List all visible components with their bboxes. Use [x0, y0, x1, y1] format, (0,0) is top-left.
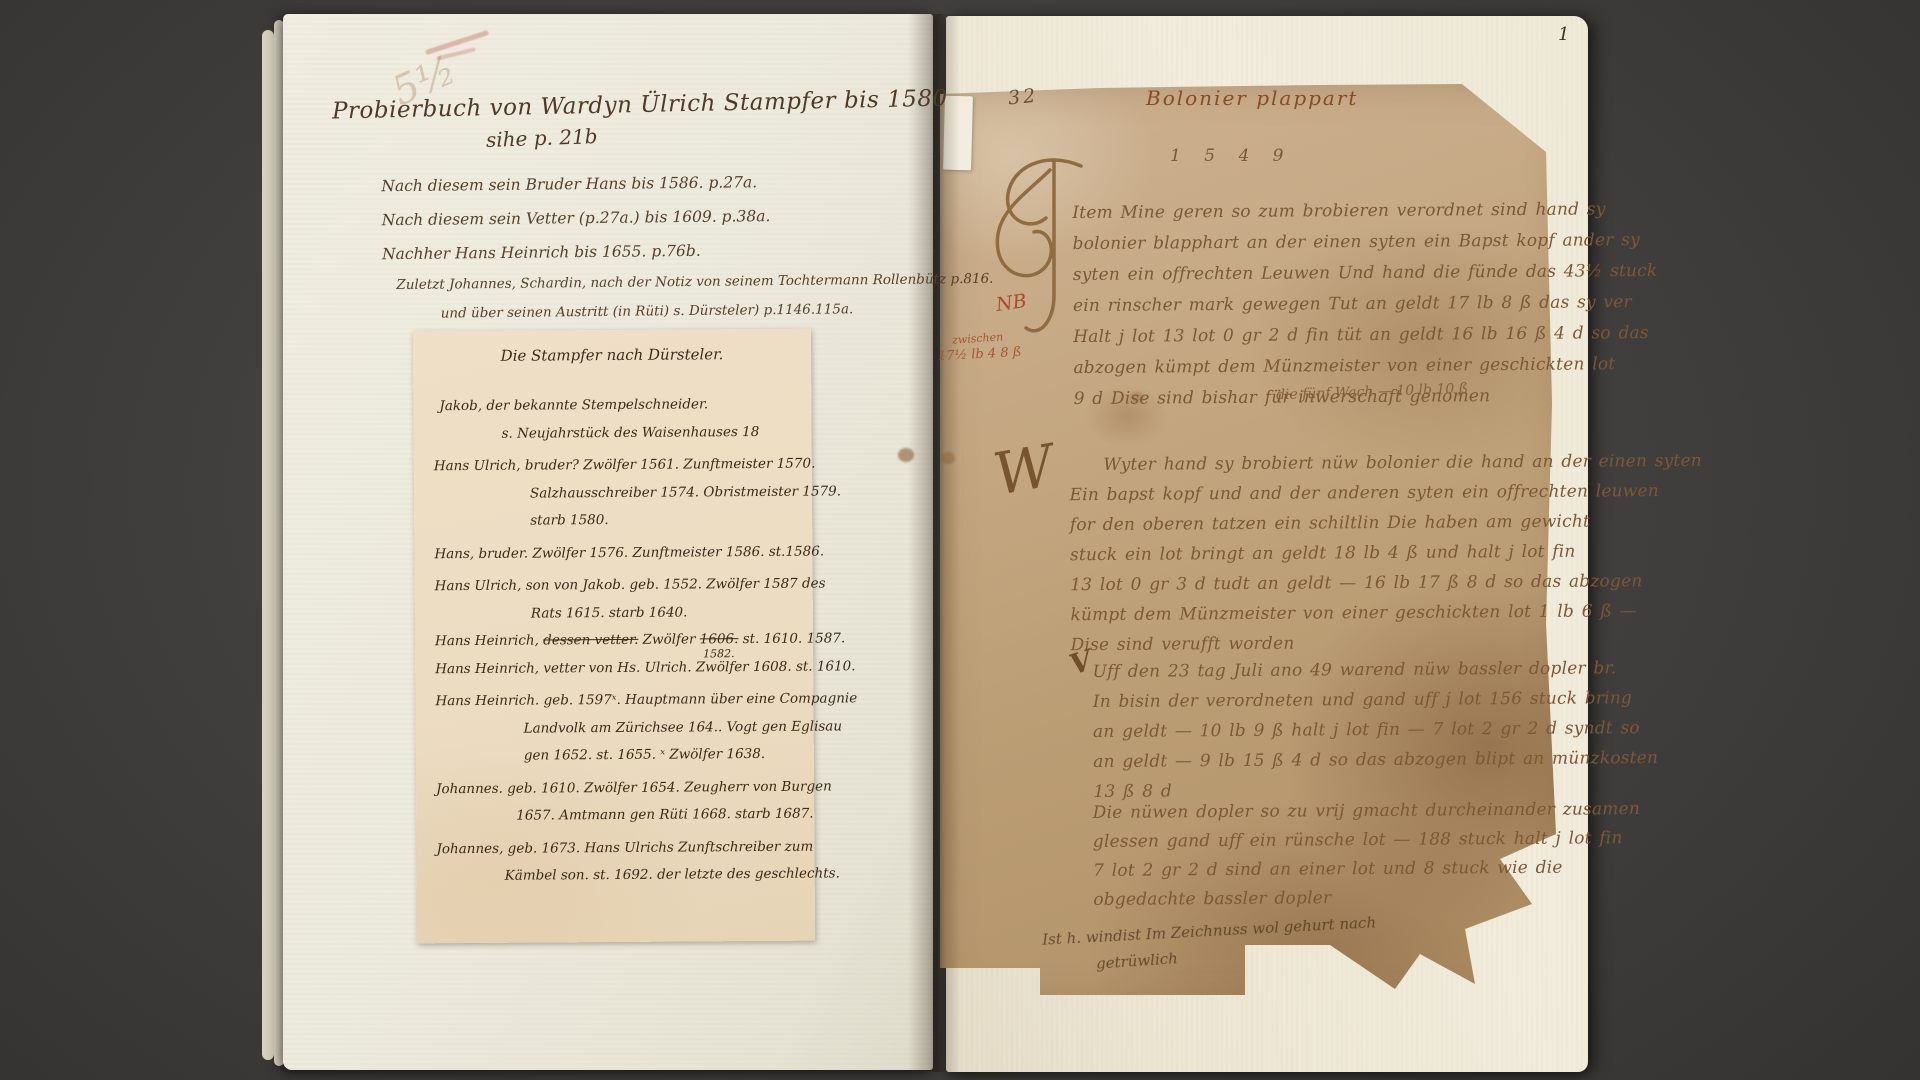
note-line: 1657. Amtmann gen Rüti 1668. starb 1687. [516, 801, 814, 831]
manuscript-line: obgedachte bassler dopler [1093, 882, 1641, 915]
manuscript-line: Wyter hand sy brobiert nüw bolonier die … [1103, 446, 1702, 480]
corner-mark: 32 [1007, 84, 1039, 109]
note-line: Hans Heinrich. geb. 1597ˣ. Hauptmann übe… [435, 686, 813, 716]
manuscript-line: kümpt dem Münzmeister von einer geschick… [1070, 596, 1703, 630]
manuscript-line: syten ein offrechten Leuwen Und hand die… [1073, 256, 1658, 291]
manuscript-line: stuck ein lot bringt an geldt 18 lb 4 ß … [1070, 536, 1703, 570]
manuscript-line: bolonier blapphart an der einen syten ei… [1072, 225, 1657, 260]
ink-stain [898, 448, 914, 462]
note-body: Jakob, der bekannte Stempelschneider. s.… [413, 391, 814, 891]
manuscript-line: glessen gand uff ein rünsche lot — 188 s… [1093, 824, 1641, 857]
margin-note-nb: NB [995, 290, 1028, 316]
date-1549: 1 5 4 9 [1170, 146, 1292, 166]
manuscript-line: 13 lot 0 gr 3 d tudt an geldt — 16 lb 17… [1070, 566, 1703, 600]
note-line: s. Neujahrstück des Waisenhauses 18 [501, 418, 811, 448]
note-text: st. 1610. 1587. [738, 630, 845, 647]
note-text: Zwölfer [638, 631, 700, 647]
manuscript-line: abzogen kümpt dem Münzmeister von einer … [1073, 349, 1658, 384]
struck-text: dessen vetter. [543, 632, 638, 649]
paragraph-1: Item Mine geren so zum brobieren verordn… [1072, 194, 1658, 415]
manuscript-line: Ein bapst kopf und and der anderen syten… [1069, 476, 1702, 510]
note-line: Johannes, geb. 1673. Hans Ulrichs Zunfts… [436, 833, 814, 863]
note-header: Die Stampfer nach Dürsteler. [413, 345, 811, 366]
page-stack-edge [262, 30, 274, 1060]
note-line: Kämbel son. st. 1692. der letzte des ges… [505, 861, 815, 891]
page-number: 1 [1558, 24, 1569, 45]
note-line: gen 1652. st. 1655. ˣ Zwölfer 1638. [524, 741, 814, 771]
manuscript-line: Item Mine geren so zum brobieren verordn… [1072, 194, 1657, 229]
note-line: Rats 1615. starb 1640. [531, 598, 813, 627]
manuscript-line: Die nüwen dopler so zu vrij gmacht durch… [1093, 795, 1641, 828]
manuscript-line: 7 lot 2 gr 2 d sind an einer lot und 8 s… [1093, 853, 1641, 886]
manuscript-title-reference: sihe p. 21b [486, 124, 598, 152]
manuscript-line: an geldt — 10 lb 9 ß halt j lot fin — 7 … [1093, 713, 1658, 747]
manuscript-line: In bisin der verordneten und gand uff j … [1093, 683, 1658, 717]
index-list: Nach diesem sein Bruder Hans bis 1586. p… [381, 163, 994, 329]
note-line: Hans Ulrich, son von Jakob. geb. 1552. Z… [435, 571, 813, 601]
note-line-corrected: Hans Heinrich, dessen vetter. Zwölfer 16… [435, 626, 813, 656]
index-line: und über seinen Austritt (in Rüti) s. Dü… [441, 294, 994, 329]
pasted-note: Die Stampfer nach Dürsteler. Jakob, der … [413, 329, 815, 944]
note-line: Hans Heinrich, vetter von Hs. Ulrich. Zw… [435, 653, 813, 683]
manuscript-line: for den oberen tatzen ein schiltlin Die … [1070, 506, 1703, 540]
note-line: Hans, bruder. Zwölfer 1576. Zunftmeister… [434, 538, 812, 568]
initial-letter-w: W [989, 431, 1060, 508]
superscript-correction: 1582. [703, 647, 735, 660]
paragraph-2: Wyter hand sy brobiert nüw bolonier die … [1069, 446, 1703, 660]
struck-text: 1606. [700, 631, 739, 647]
note-line: Johannes. geb. 1610. Zwölfer 1654. Zeugh… [436, 773, 814, 803]
note-line: Jakob, der bekannte Stempelschneider. [439, 391, 811, 421]
manuscript-scan: 5½ Probierbuch von Wardyn Ülrich Stampfe… [0, 0, 1920, 1080]
paragraph-3: Uff den 23 tag Juli ano 49 warend nüw ba… [1092, 653, 1658, 807]
note-line: starb 1580. [530, 506, 812, 535]
ink-stain [942, 452, 955, 464]
note-line: Salzhausschreiber 1574. Obristmeister 15… [530, 478, 812, 507]
note-text: Hans Heinrich, [435, 632, 543, 649]
manuscript-line: an geldt — 9 lb 15 ß 4 d so das abzogen … [1093, 743, 1658, 777]
paragraph-4: Die nüwen dopler so zu vrij gmacht durch… [1093, 795, 1641, 915]
note-line: Landvolk am Zürichsee 164.. Vogt gen Egl… [524, 713, 814, 743]
note-line: Hans Ulrich, bruder? Zwölfer 1561. Zunft… [434, 451, 812, 481]
manuscript-line: ein rinscher mark gewegen Tut an geldt 1… [1073, 287, 1658, 322]
section-heading: Bolonier plappart [1146, 86, 1358, 110]
manuscript-line: Halt j lot 13 lot 0 gr 2 d fin tüt an ge… [1073, 318, 1658, 353]
manuscript-line: Uff den 23 tag Juli ano 49 warend nüw ba… [1092, 653, 1657, 687]
